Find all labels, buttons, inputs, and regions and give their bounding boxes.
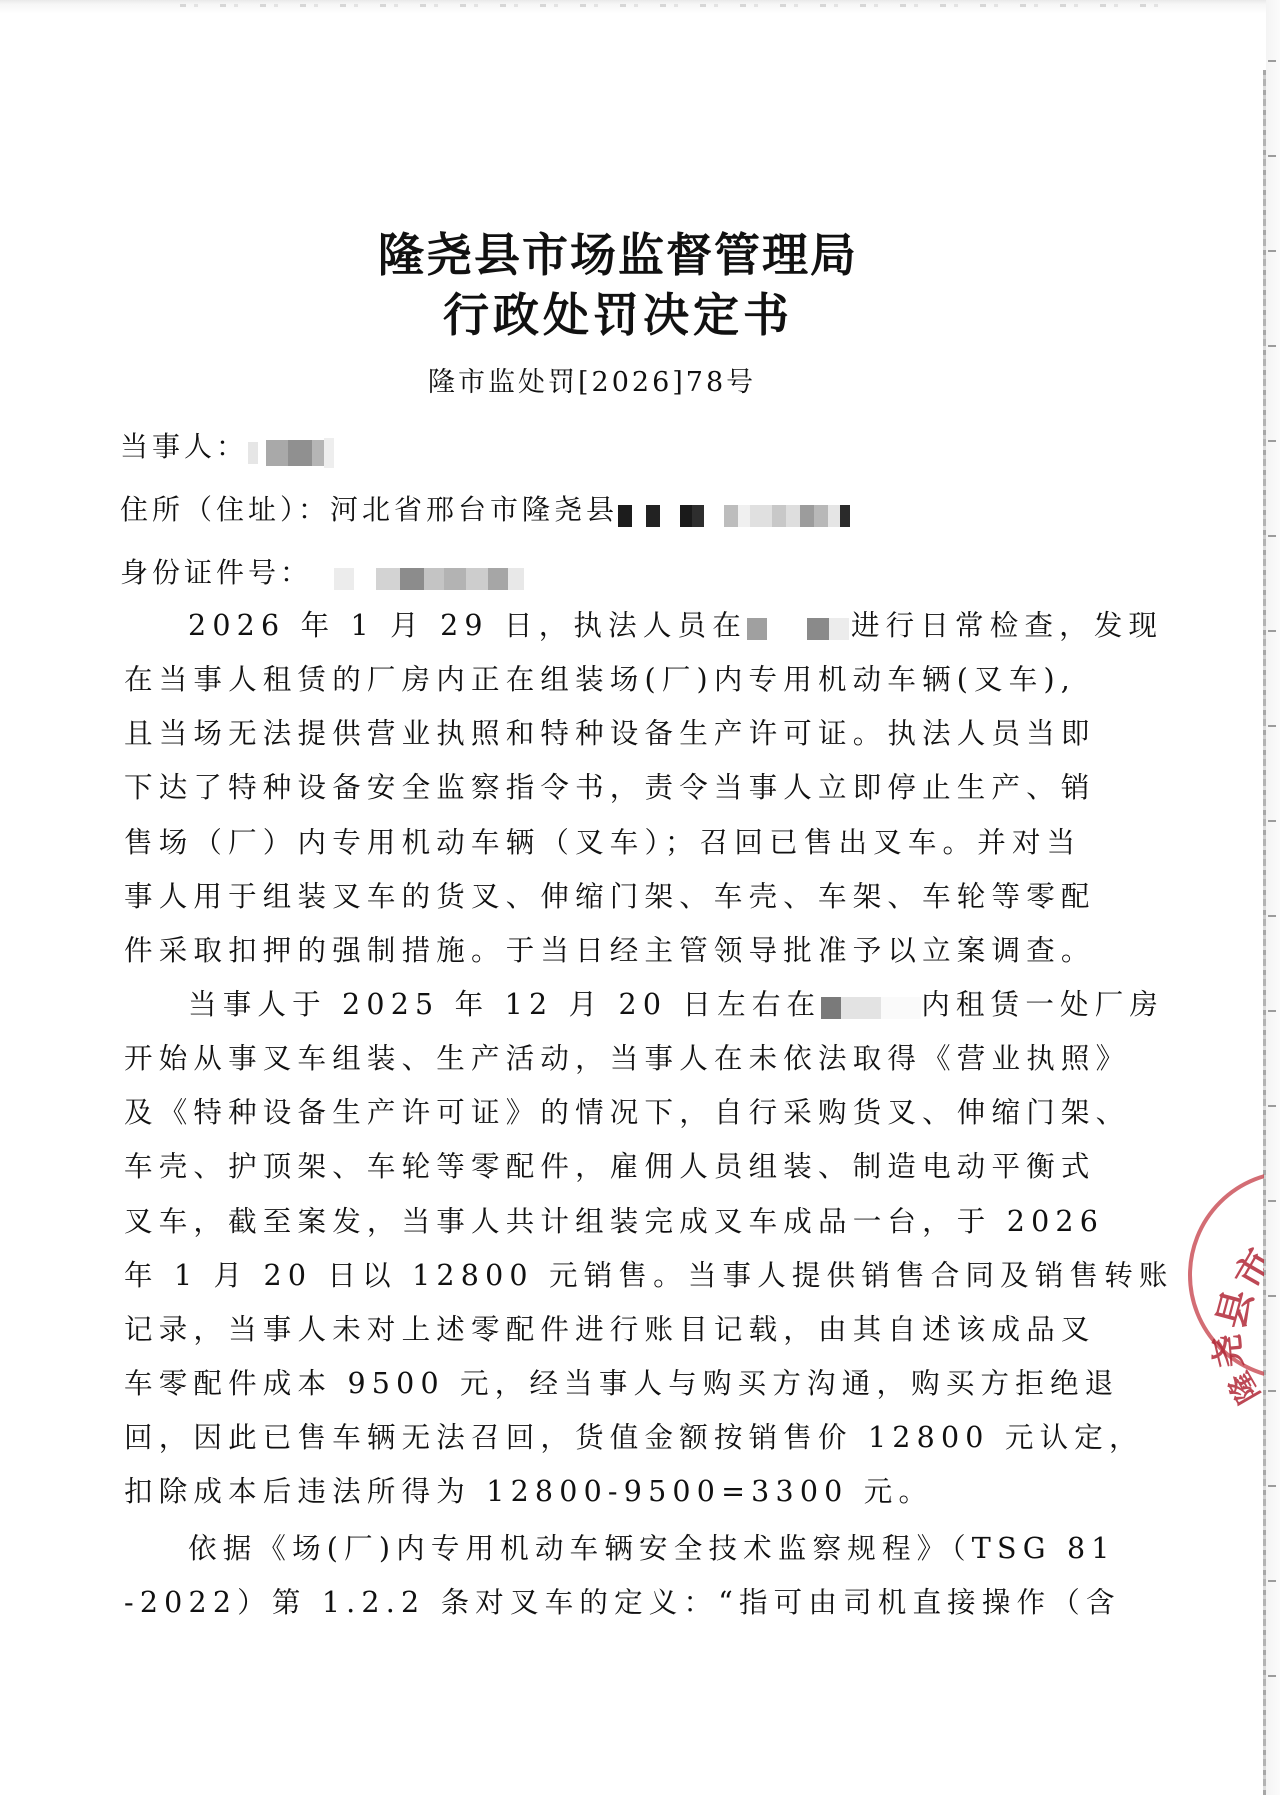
paragraph-1-line-4: 下达了特种设备安全监察指令书，责令当事人立即停止生产、销 [124, 774, 1096, 803]
text-span: 2026 年 1 月 29 日，执法人员在 [188, 609, 747, 642]
text-span: 当事人于 2025 年 12 月 20 日左右在 [188, 988, 821, 1021]
paragraph-2-line-9: 回，因此已售车辆无法召回，货值金额按销售价 12800 元认定， [124, 1424, 1144, 1453]
paragraph-1-line-3: 且当场无法提供营业执照和特种设备生产许可证。执法人员当即 [124, 720, 1096, 749]
party-label: 当事人： [120, 430, 248, 463]
paragraph-2-line-4: 车壳、护顶架、车轮等零配件，雇佣人员组装、制造电动平衡式 [124, 1153, 1096, 1182]
paragraph-2-line-10: 扣除成本后违法所得为 12800-9500=3300 元。 [124, 1478, 933, 1507]
paragraph-3-line-2: -2022）第 1.2.2 条对叉车的定义：“指可由司机直接操作（含 [124, 1589, 1121, 1618]
scan-top-edge [0, 0, 1280, 14]
text-span: 内租赁一处厂房 [921, 988, 1164, 1021]
page-fold-line [1263, 70, 1266, 1795]
text-span: 进行日常检查，发现 [851, 609, 1163, 642]
paragraph-3-line-1: 依据《场(厂)内专用机动车辆安全技术监察规程》（TSG 81 [188, 1535, 1116, 1564]
id-number-label: 身份证件号： [120, 556, 312, 589]
address-label: 住所（住址）： [120, 493, 330, 526]
party-redacted [248, 435, 348, 463]
id-number-redacted [312, 561, 622, 589]
location-redacted [747, 614, 851, 642]
agency-title: 隆尧县市场监督管理局 [0, 232, 1258, 278]
paragraph-2-line-8: 车零配件成本 9500 元，经当事人与购买方沟通，购买方拒绝退 [124, 1370, 1119, 1399]
seal-char: 尧 [1211, 1333, 1248, 1370]
paragraph-1-line-6: 事人用于组装叉车的货叉、伸缩门架、车壳、车架、车轮等零配 [124, 883, 1096, 912]
document-number: 隆市监处罚[2026]78号 [428, 360, 756, 399]
paragraph-1-line-5: 售场（厂）内专用机动车辆（叉车）；召回已售出叉车。并对当 [124, 829, 1081, 858]
location-redacted [821, 993, 921, 1021]
address-value: 河北省邢台市隆尧县 [330, 493, 618, 526]
paragraph-2-line-2: 开始从事叉车组装、生产活动，当事人在未依法取得《营业执照》 [124, 1045, 1130, 1074]
party-row: 当事人： [120, 425, 348, 465]
address-row: 住所（住址）：河北省邢台市隆尧县 [120, 488, 948, 528]
scan-artifact [1268, 20, 1276, 1720]
paragraph-2-line-5: 叉车，截至案发，当事人共计组装完成叉车成品一台，于 2026 [124, 1208, 1104, 1237]
paragraph-2-line-1: 当事人于 2025 年 12 月 20 日左右在 内租赁一处厂房 [188, 991, 1164, 1021]
paragraph-2-line-3: 及《特种设备生产许可证》的情况下，自行采购货叉、伸缩门架、 [124, 1099, 1130, 1128]
paragraph-1-line-7: 件采取扣押的强制措施。于当日经主管领导批准予以立案调查。 [124, 937, 1096, 966]
paragraph-2-line-7: 记录，当事人未对上述零配件进行账目记载，由其自述该成品叉 [124, 1316, 1096, 1345]
scan-artifact [180, 4, 1180, 7]
id-number-row: 身份证件号： [120, 551, 622, 591]
address-redacted [618, 498, 948, 526]
paragraph-1-line-1: 2026 年 1 月 29 日，执法人员在 进行日常检查，发现 [188, 612, 1163, 642]
document-type-title: 行政处罚决定书 [0, 292, 1258, 338]
paragraph-2-line-6: 年 1 月 20 日以 12800 元销售。当事人提供销售合同及销售转账 [124, 1262, 1174, 1291]
paragraph-1-line-2: 在当事人租赁的厂房内正在组装场(厂)内专用机动车辆(叉车), [124, 666, 1076, 695]
